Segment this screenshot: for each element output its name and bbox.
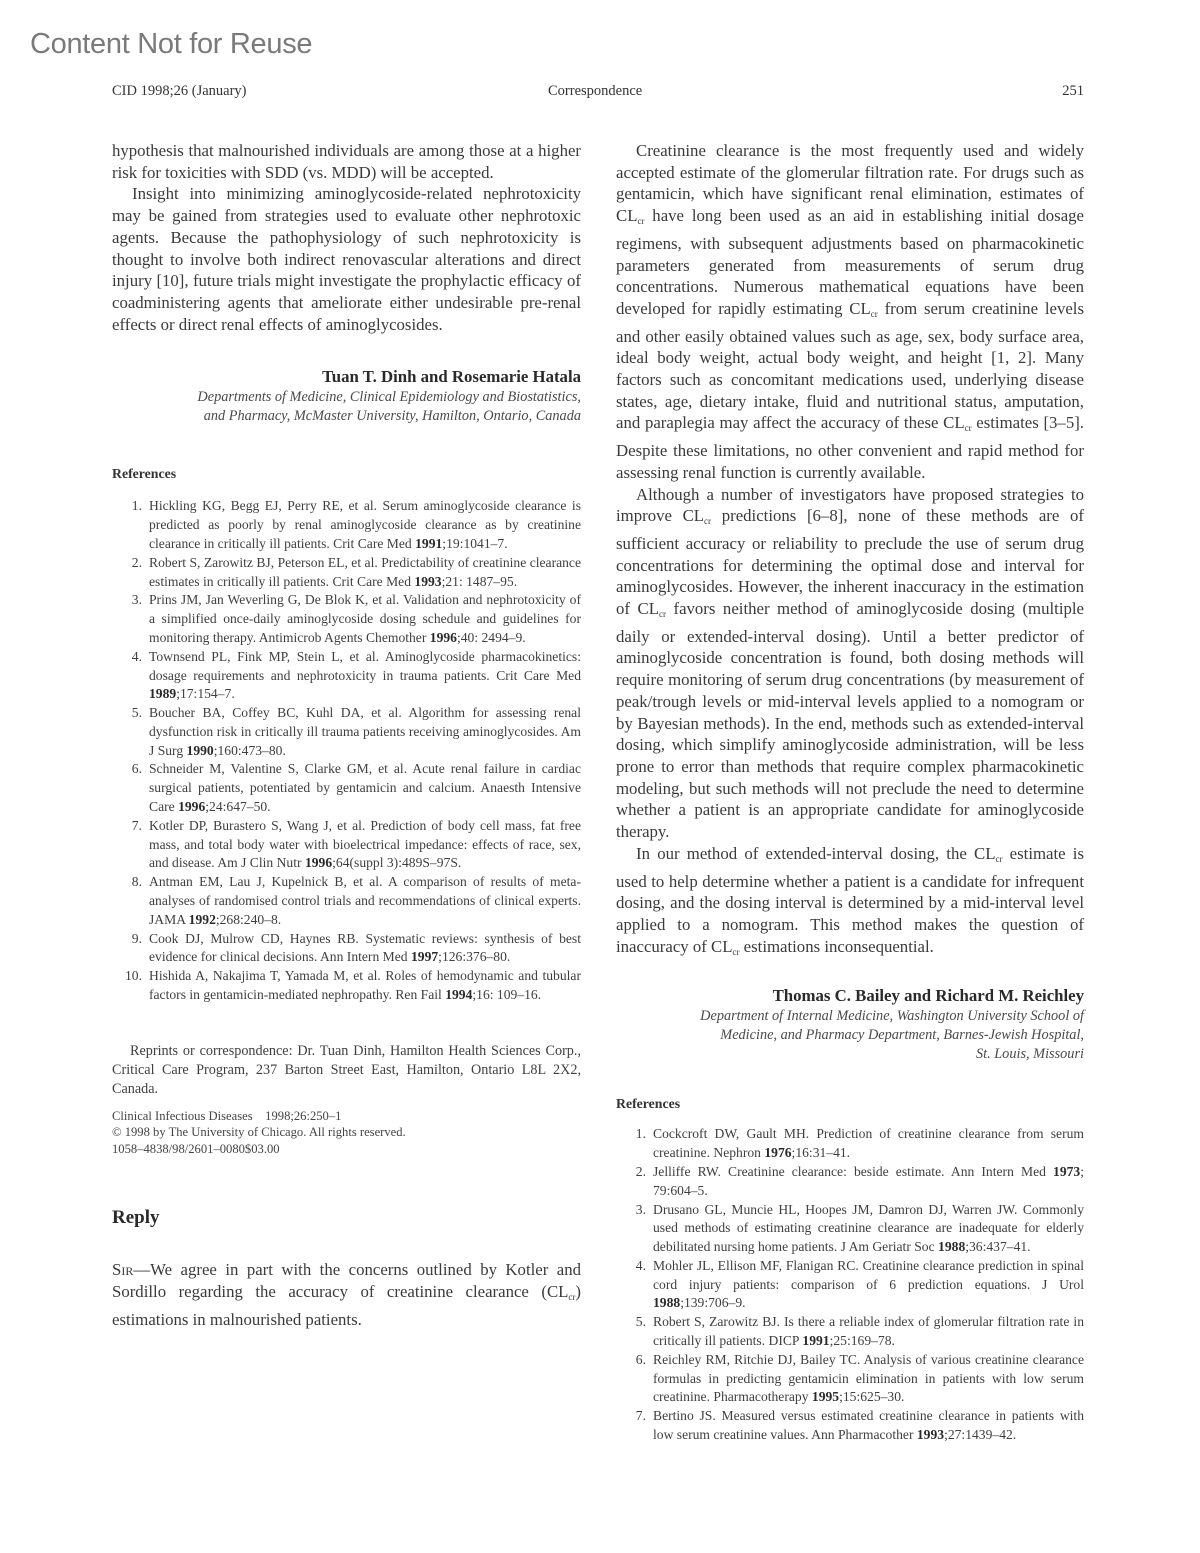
- reference-number: 9.: [112, 930, 142, 949]
- reference-year: 1989: [149, 686, 176, 701]
- reference-list: 1.Cockcroft DW, Gault MH. Prediction of …: [616, 1125, 1084, 1445]
- body-paragraph: Creatinine clearance is the most frequen…: [616, 140, 1084, 484]
- reference-number: 1.: [616, 1125, 646, 1144]
- reference-year: 1996: [430, 630, 457, 645]
- subscript: cr: [871, 309, 878, 319]
- reference-volume-pages: ;17:154–7.: [176, 686, 235, 701]
- author-names: Thomas C. Bailey and Richard M. Reichley: [616, 985, 1084, 1007]
- reply-heading: Reply: [112, 1207, 581, 1229]
- reference-number: 3.: [112, 591, 142, 610]
- references-heading: References: [112, 466, 581, 482]
- reference-item: 1.Cockcroft DW, Gault MH. Prediction of …: [616, 1125, 1084, 1163]
- reference-number: 6.: [616, 1351, 646, 1370]
- reference-volume-pages: ;139:706–9.: [680, 1295, 745, 1310]
- page-number: 251: [1062, 83, 1084, 100]
- reference-volume-pages: ;16: 109–16.: [472, 987, 541, 1002]
- reference-text: Mohler JL, Ellison MF, Flanigan RC. Crea…: [653, 1258, 1084, 1292]
- reference-item: 5.Boucher BA, Coffey BC, Kuhl DA, et al.…: [112, 704, 581, 760]
- affiliation-line: Departments of Medicine, Clinical Epidem…: [112, 388, 581, 407]
- reference-text: Townsend PL, Fink MP, Stein L, et al. Am…: [149, 649, 581, 683]
- watermark: Content Not for Reuse: [30, 28, 312, 61]
- reference-item: 7.Kotler DP, Burastero S, Wang J, et al.…: [112, 817, 581, 873]
- reference-item: 3.Prins JM, Jan Weverling G, De Blok K, …: [112, 591, 581, 647]
- reference-number: 7.: [616, 1407, 646, 1426]
- journal-citation: CID 1998;26 (January): [112, 83, 247, 100]
- reference-volume-pages: ;25:169–78.: [830, 1333, 895, 1348]
- reference-item: 6.Schneider M, Valentine S, Clarke GM, e…: [112, 760, 581, 816]
- salutation: Sir: [112, 1260, 133, 1279]
- reference-item: 6.Reichley RM, Ritchie DJ, Bailey TC. An…: [616, 1351, 1084, 1407]
- reference-volume-pages: ;16:31–41.: [792, 1145, 851, 1160]
- imprint-copyright: © 1998 by The University of Chicago. All…: [112, 1124, 581, 1141]
- affiliation-line: St. Louis, Missouri: [616, 1045, 1084, 1064]
- reference-item: 8.Antman EM, Lau J, Kupelnick B, et al. …: [112, 873, 581, 929]
- reference-year: 1973: [1053, 1164, 1080, 1179]
- imprint-citation: Clinical Infectious Diseases 1998;26:250…: [112, 1108, 581, 1125]
- text-run: favors neither method of aminoglycoside …: [616, 599, 1084, 841]
- reference-number: 5.: [616, 1313, 646, 1332]
- body-paragraph: hypothesis that malnourished individuals…: [112, 140, 581, 183]
- reference-text: Cockcroft DW, Gault MH. Prediction of cr…: [653, 1126, 1084, 1160]
- reference-year: 1993: [414, 574, 441, 589]
- reference-text: Jelliffe RW. Creatinine clearance: besid…: [653, 1164, 1053, 1179]
- reference-item: 4.Mohler JL, Ellison MF, Flanigan RC. Cr…: [616, 1257, 1084, 1313]
- author-names: Tuan T. Dinh and Rosemarie Hatala: [112, 366, 581, 388]
- body-paragraph: Insight into minimizing aminoglycoside-r…: [112, 183, 581, 335]
- body-paragraph: Although a number of investigators have …: [616, 484, 1084, 843]
- reference-year: 1991: [415, 536, 442, 551]
- subscript: cr: [704, 516, 711, 526]
- affiliation-line: and Pharmacy, McMaster University, Hamil…: [112, 407, 581, 426]
- reference-volume-pages: ;64(suppl 3):489S–97S.: [332, 855, 461, 870]
- reference-volume-pages: ;27:1439–42.: [944, 1427, 1016, 1442]
- reference-volume-pages: ;24:647–50.: [205, 799, 270, 814]
- em-dash: —: [133, 1260, 150, 1279]
- section-title: Correspondence: [548, 83, 642, 100]
- reference-year: 1988: [653, 1295, 680, 1310]
- reference-volume-pages: ;19:1041–7.: [442, 536, 507, 551]
- author-affiliation: Departments of Medicine, Clinical Epidem…: [112, 388, 581, 426]
- running-head: CID 1998;26 (January) Correspondence 251: [112, 83, 1084, 103]
- reference-number: 8.: [112, 873, 142, 892]
- reference-year: 1991: [802, 1333, 829, 1348]
- reference-number: 10.: [112, 967, 142, 986]
- imprint: Clinical Infectious Diseases 1998;26:250…: [112, 1108, 581, 1158]
- reference-year: 1997: [411, 949, 438, 964]
- reference-year: 1996: [178, 799, 205, 814]
- reference-item: 4.Townsend PL, Fink MP, Stein L, et al. …: [112, 648, 581, 704]
- reference-item: 3.Drusano GL, Muncie HL, Hoopes JM, Damr…: [616, 1201, 1084, 1257]
- left-column: hypothesis that malnourished individuals…: [112, 140, 581, 1330]
- reference-volume-pages: ;21: 1487–95.: [442, 574, 518, 589]
- body-paragraph: In our method of extended-interval dosin…: [616, 843, 1084, 964]
- reference-volume-pages: ;126:376–80.: [438, 949, 510, 964]
- reference-text: Hickling KG, Begg EJ, Perry RE, et al. S…: [149, 498, 581, 551]
- reference-item: 9.Cook DJ, Mulrow CD, Haynes RB. Systema…: [112, 930, 581, 968]
- subscript: cr: [965, 423, 972, 433]
- reference-item: 7.Bertino JS. Measured versus estimated …: [616, 1407, 1084, 1445]
- reference-volume-pages: ;268:240–8.: [216, 912, 281, 927]
- reference-number: 5.: [112, 704, 142, 723]
- reference-number: 4.: [616, 1257, 646, 1276]
- imprint-issn: 1058–4838/98/2601–0080$03.00: [112, 1141, 581, 1158]
- text-run: In our method of extended-interval dosin…: [636, 844, 995, 863]
- reference-text: Cook DJ, Mulrow CD, Haynes RB. Systemati…: [149, 931, 581, 965]
- reference-number: 2.: [616, 1163, 646, 1182]
- reference-year: 1996: [305, 855, 332, 870]
- reference-number: 7.: [112, 817, 142, 836]
- reference-number: 4.: [112, 648, 142, 667]
- reference-item: 5.Robert S, Zarowitz BJ. Is there a reli…: [616, 1313, 1084, 1351]
- reference-item: 2.Robert S, Zarowitz BJ, Peterson EL, et…: [112, 554, 581, 592]
- subscript: cr: [659, 609, 666, 619]
- reference-year: 1992: [189, 912, 216, 927]
- reference-volume-pages: ;36:437–41.: [965, 1239, 1030, 1254]
- reference-year: 1993: [917, 1427, 944, 1442]
- right-column: Creatinine clearance is the most frequen…: [616, 140, 1084, 1445]
- reference-year: 1995: [812, 1389, 839, 1404]
- author-affiliation: Department of Internal Medicine, Washing…: [616, 1007, 1084, 1064]
- reference-year: 1990: [187, 743, 214, 758]
- reference-number: 3.: [616, 1201, 646, 1220]
- correspondence-note: Reprints or correspondence: Dr. Tuan Din…: [112, 1042, 581, 1099]
- reference-item: 1.Hickling KG, Begg EJ, Perry RE, et al.…: [112, 497, 581, 553]
- reference-text: Bertino JS. Measured versus estimated cr…: [653, 1408, 1084, 1442]
- reference-number: 6.: [112, 760, 142, 779]
- reference-year: 1976: [764, 1145, 791, 1160]
- text-run: We agree in part with the concerns outli…: [112, 1260, 581, 1301]
- affiliation-line: Medicine, and Pharmacy Department, Barne…: [616, 1026, 1084, 1045]
- reference-number: 1.: [112, 497, 142, 516]
- reference-number: 2.: [112, 554, 142, 573]
- reference-item: 2.Jelliffe RW. Creatinine clearance: bes…: [616, 1163, 1084, 1201]
- affiliation-line: Department of Internal Medicine, Washing…: [616, 1007, 1084, 1026]
- text-run: estimations inconsequential.: [739, 937, 933, 956]
- reference-volume-pages: ;160:473–80.: [214, 743, 286, 758]
- reference-list: 1.Hickling KG, Begg EJ, Perry RE, et al.…: [112, 497, 581, 1005]
- reply-paragraph: Sir—We agree in part with the concerns o…: [112, 1259, 581, 1330]
- author-signature: Thomas C. Bailey and Richard M. Reichley…: [616, 985, 1084, 1064]
- reference-year: 1988: [938, 1239, 965, 1254]
- reference-volume-pages: ;15:625–30.: [839, 1389, 904, 1404]
- reference-volume-pages: ;40: 2494–9.: [457, 630, 526, 645]
- reference-item: 10.Hishida A, Nakajima T, Yamada M, et a…: [112, 967, 581, 1005]
- author-signature: Tuan T. Dinh and Rosemarie Hatala Depart…: [112, 366, 581, 426]
- reference-year: 1994: [445, 987, 472, 1002]
- references-heading: References: [616, 1096, 1084, 1112]
